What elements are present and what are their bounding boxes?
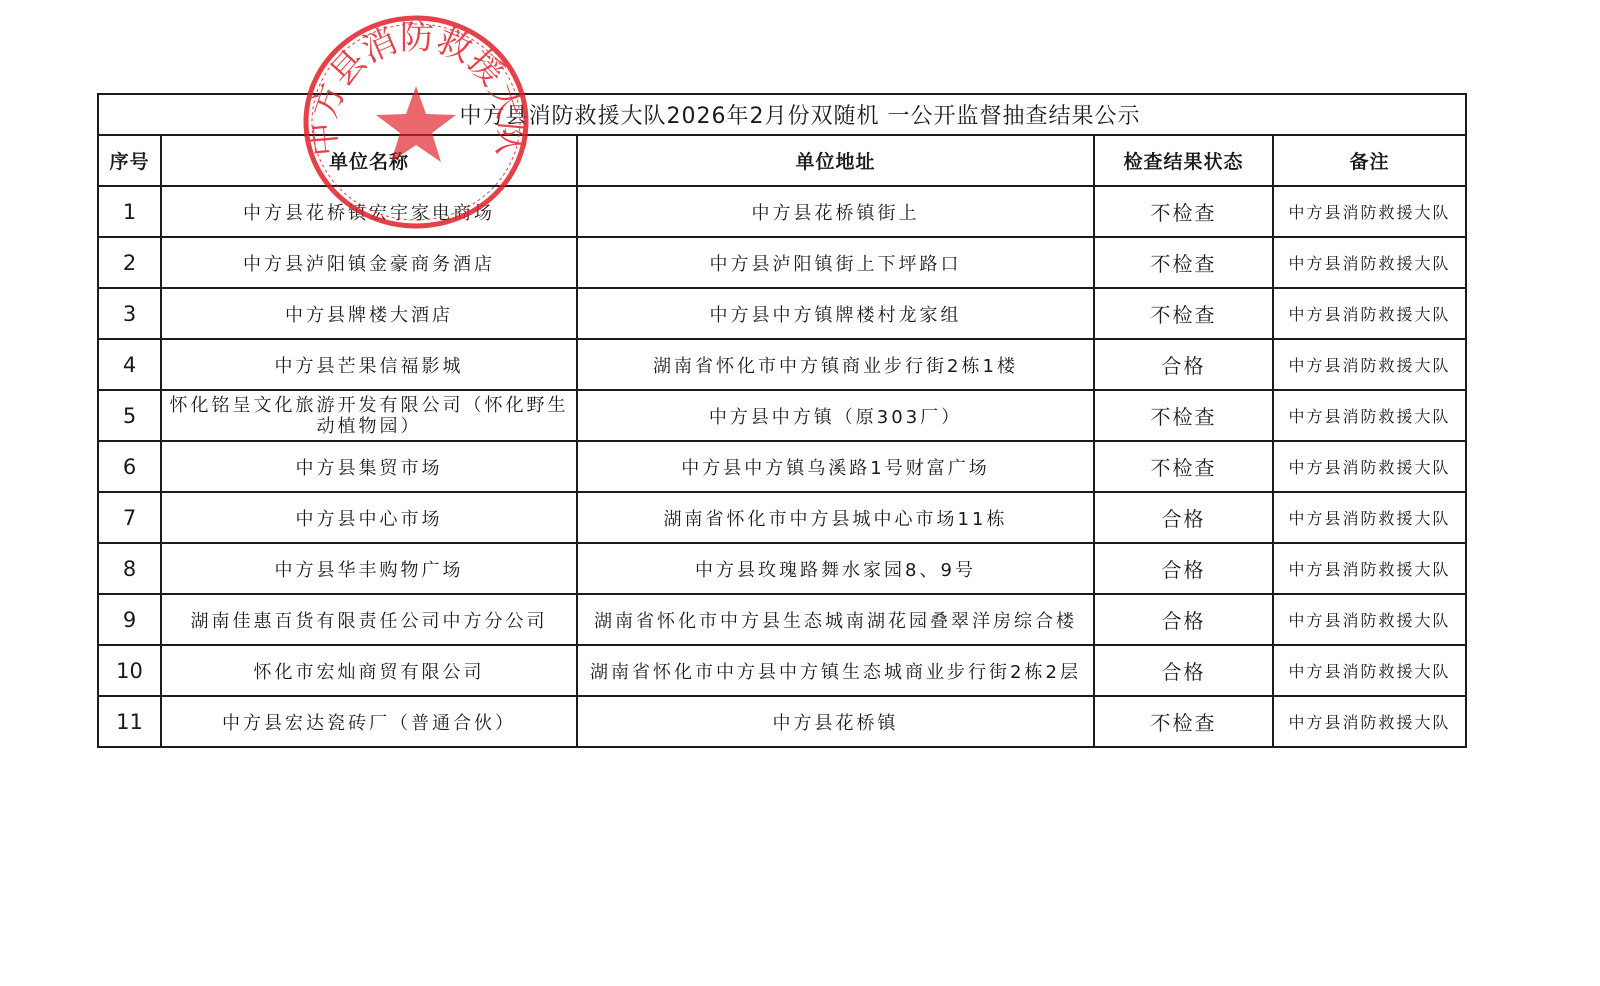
table-row: 3中方县牌楼大酒店中方县中方镇牌楼村龙家组不检查中方县消防救援大队 (98, 288, 1466, 339)
table-row: 2中方县泸阳镇金豪商务酒店中方县泸阳镇街上下坪路口不检查中方县消防救援大队 (98, 237, 1466, 288)
unit-name: 怀化市宏灿商贸有限公司 (161, 645, 577, 696)
unit-address: 中方县中方镇（原303厂） (577, 390, 1094, 441)
remark: 中方县消防救援大队 (1273, 237, 1466, 288)
unit-address: 湖南省怀化市中方县中方镇生态城商业步行街2栋2层 (577, 645, 1094, 696)
inspection-status: 不检查 (1094, 186, 1273, 237)
column-header-no: 序号 (98, 135, 161, 186)
unit-name: 中方县芒果信福影城 (161, 339, 577, 390)
remark: 中方县消防救援大队 (1273, 543, 1466, 594)
document-page: 中方县消防救援大队2026年2月份双随机 一公开监督抽查结果公示 序号 单位名称… (0, 0, 1600, 986)
unit-name: 中方县集贸市场 (161, 441, 577, 492)
remark: 中方县消防救援大队 (1273, 186, 1466, 237)
inspection-status: 不检查 (1094, 441, 1273, 492)
table-row: 11中方县宏达瓷砖厂（普通合伙）中方县花桥镇不检查中方县消防救援大队 (98, 696, 1466, 747)
remark: 中方县消防救援大队 (1273, 288, 1466, 339)
unit-address: 中方县玫瑰路舞水家园8、9号 (577, 543, 1094, 594)
inspection-status: 合格 (1094, 645, 1273, 696)
inspection-status: 不检查 (1094, 288, 1273, 339)
unit-address: 中方县花桥镇街上 (577, 186, 1094, 237)
table-row: 9湖南佳惠百货有限责任公司中方分公司湖南省怀化市中方县生态城南湖花园叠翠洋房综合… (98, 594, 1466, 645)
row-number: 11 (98, 696, 161, 747)
inspection-status: 不检查 (1094, 390, 1273, 441)
inspection-status: 合格 (1094, 492, 1273, 543)
inspection-status: 不检查 (1094, 696, 1273, 747)
row-number: 3 (98, 288, 161, 339)
table-row: 4中方县芒果信福影城湖南省怀化市中方镇商业步行街2栋1楼合格中方县消防救援大队 (98, 339, 1466, 390)
unit-name: 中方县花桥镇宏宇家电商场 (161, 186, 577, 237)
unit-name: 中方县中心市场 (161, 492, 577, 543)
table-body: 1中方县花桥镇宏宇家电商场中方县花桥镇街上不检查中方县消防救援大队2中方县泸阳镇… (98, 186, 1466, 747)
column-header-remark: 备注 (1273, 135, 1466, 186)
unit-address: 中方县泸阳镇街上下坪路口 (577, 237, 1094, 288)
row-number: 10 (98, 645, 161, 696)
column-header-address: 单位地址 (577, 135, 1094, 186)
inspection-status: 合格 (1094, 594, 1273, 645)
inspection-results-table: 中方县消防救援大队2026年2月份双随机 一公开监督抽查结果公示 序号 单位名称… (97, 93, 1467, 748)
row-number: 9 (98, 594, 161, 645)
table-row: 8中方县华丰购物广场中方县玫瑰路舞水家园8、9号合格中方县消防救援大队 (98, 543, 1466, 594)
remark: 中方县消防救援大队 (1273, 696, 1466, 747)
unit-address: 湖南省怀化市中方县生态城南湖花园叠翠洋房综合楼 (577, 594, 1094, 645)
unit-name: 湖南佳惠百货有限责任公司中方分公司 (161, 594, 577, 645)
inspection-status: 合格 (1094, 339, 1273, 390)
table-row: 10怀化市宏灿商贸有限公司湖南省怀化市中方县中方镇生态城商业步行街2栋2层合格中… (98, 645, 1466, 696)
remark: 中方县消防救援大队 (1273, 441, 1466, 492)
table-row: 7中方县中心市场湖南省怀化市中方县城中心市场11栋合格中方县消防救援大队 (98, 492, 1466, 543)
remark: 中方县消防救援大队 (1273, 339, 1466, 390)
remark: 中方县消防救援大队 (1273, 390, 1466, 441)
table-row: 5怀化铭呈文化旅游开发有限公司（怀化野生动植物园）中方县中方镇（原303厂）不检… (98, 390, 1466, 441)
row-number: 7 (98, 492, 161, 543)
document-title-text: 中方县消防救援大队2026年2月份双随机 一公开监督抽查结果公示 (460, 104, 1141, 129)
remark: 中方县消防救援大队 (1273, 645, 1466, 696)
remark: 中方县消防救援大队 (1273, 492, 1466, 543)
unit-address: 湖南省怀化市中方镇商业步行街2栋1楼 (577, 339, 1094, 390)
row-number: 4 (98, 339, 161, 390)
unit-name: 中方县华丰购物广场 (161, 543, 577, 594)
unit-address: 中方县花桥镇 (577, 696, 1094, 747)
table-row: 6中方县集贸市场中方县中方镇乌溪路1号财富广场不检查中方县消防救援大队 (98, 441, 1466, 492)
table-header-row: 序号 单位名称 单位地址 检查结果状态 备注 (98, 135, 1466, 186)
inspection-status: 合格 (1094, 543, 1273, 594)
table-row: 1中方县花桥镇宏宇家电商场中方县花桥镇街上不检查中方县消防救援大队 (98, 186, 1466, 237)
unit-address: 湖南省怀化市中方县城中心市场11栋 (577, 492, 1094, 543)
inspection-status: 不检查 (1094, 237, 1273, 288)
row-number: 1 (98, 186, 161, 237)
unit-name: 怀化铭呈文化旅游开发有限公司（怀化野生动植物园） (161, 390, 577, 441)
unit-address: 中方县中方镇牌楼村龙家组 (577, 288, 1094, 339)
unit-address: 中方县中方镇乌溪路1号财富广场 (577, 441, 1094, 492)
row-number: 5 (98, 390, 161, 441)
column-header-status: 检查结果状态 (1094, 135, 1273, 186)
unit-name: 中方县宏达瓷砖厂（普通合伙） (161, 696, 577, 747)
unit-name: 中方县牌楼大酒店 (161, 288, 577, 339)
row-number: 2 (98, 237, 161, 288)
document-title: 中方县消防救援大队2026年2月份双随机 一公开监督抽查结果公示 (98, 94, 1466, 135)
column-header-name: 单位名称 (161, 135, 577, 186)
unit-name: 中方县泸阳镇金豪商务酒店 (161, 237, 577, 288)
table-title-row: 中方县消防救援大队2026年2月份双随机 一公开监督抽查结果公示 (98, 94, 1466, 135)
row-number: 8 (98, 543, 161, 594)
row-number: 6 (98, 441, 161, 492)
remark: 中方县消防救援大队 (1273, 594, 1466, 645)
